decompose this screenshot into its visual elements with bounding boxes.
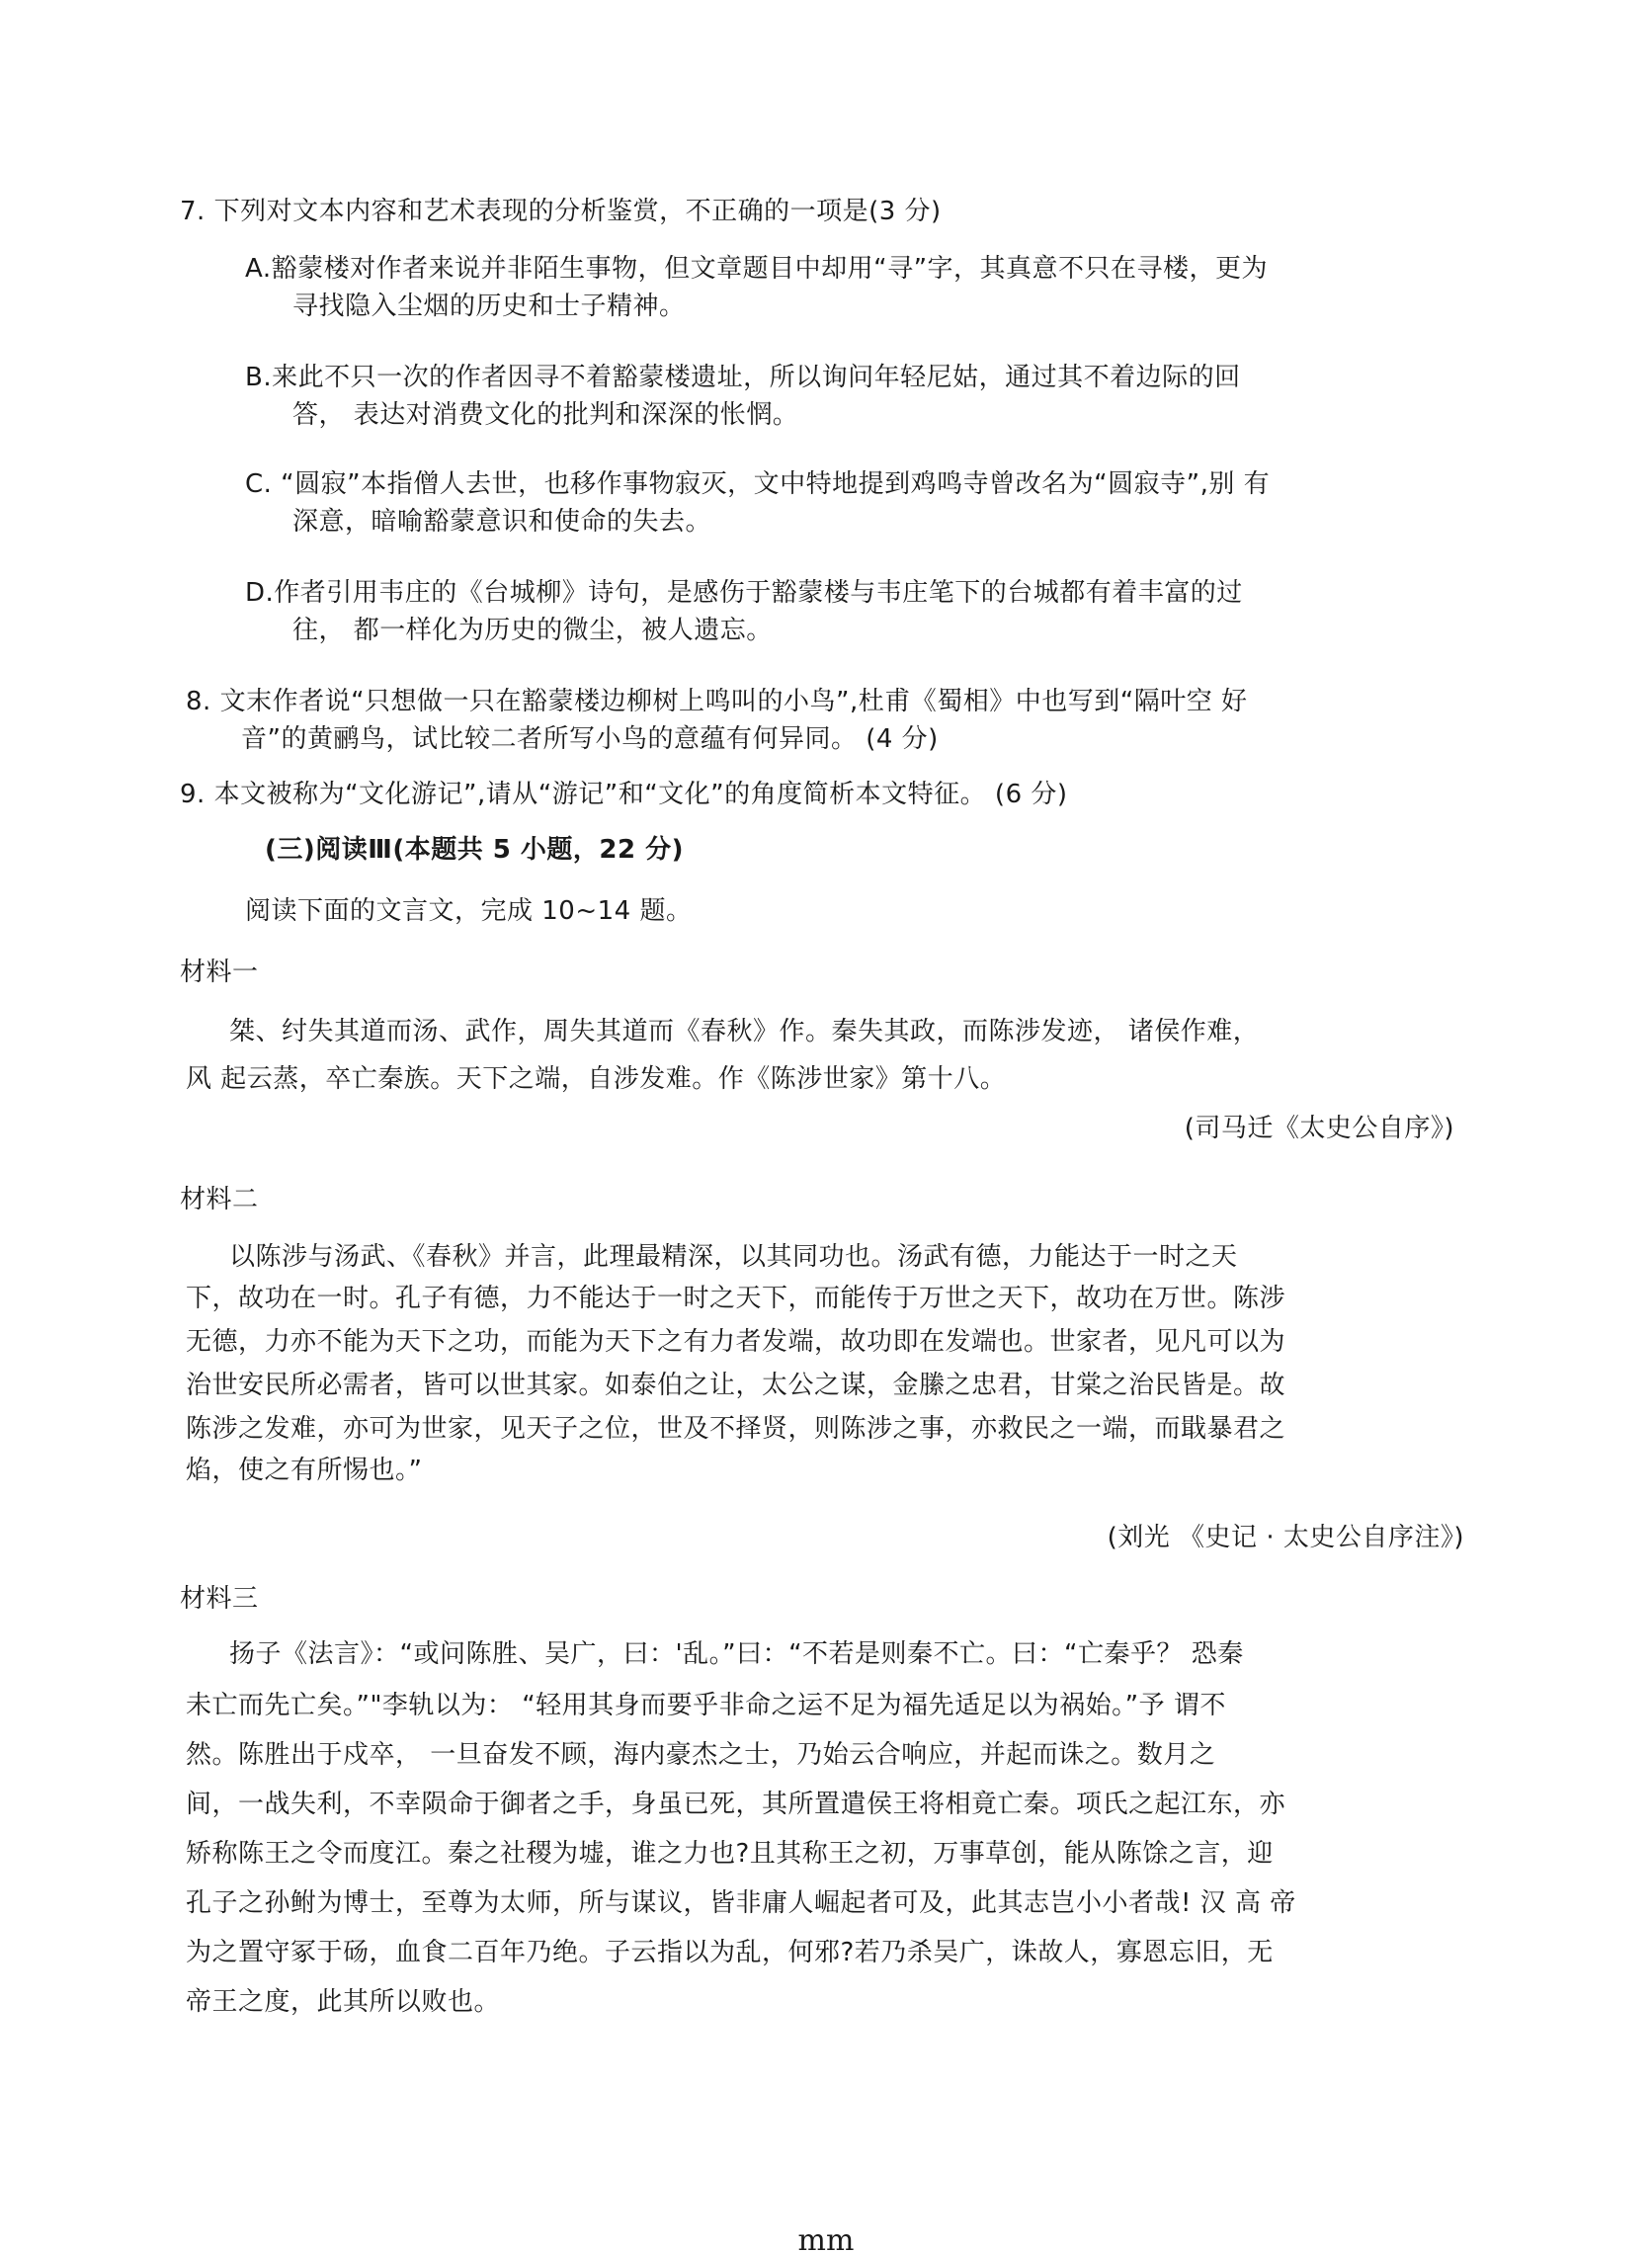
question-7-option-b-cont: 答， 表达对消费文化的批判和深深的怅惘。 — [292, 397, 798, 433]
question-8-stem: 8. 文末作者说“只想做一只在豁蒙楼边柳树上鸣叫的小鸟”,杜甫《蜀相》中也写到“… — [186, 684, 1248, 719]
material-1-line: 桀、纣失其道而汤、武作，周失其道而《春秋》作。秦失其政，而陈涉发迹， 诸侯作难， — [229, 1014, 1259, 1049]
material-3-line: 帝王之度，此其所以败也。 — [186, 1984, 500, 2020]
section-instruction: 阅读下面的文言文，完成 10~14 题。 — [245, 893, 692, 929]
question-7-option-a-cont: 寻找隐入尘烟的历史和士子精神。 — [292, 289, 686, 324]
material-3-title: 材料三 — [180, 1581, 259, 1617]
question-7-stem: 7. 下列对文本内容和艺术表现的分析鉴赏，不正确的一项是(3 分) — [180, 194, 942, 229]
material-1-source: (司马迁《太史公自序》) — [1185, 1111, 1454, 1146]
material-3-line: 间，一战失利，不幸陨命于御者之手，身虽已死，其所置遣侯王将相竟亡秦。项氏之起江东… — [186, 1787, 1285, 1822]
material-3-line: 为之置守冢于砀，血食二百年乃绝。子云指以为乱，何邪?若乃杀吴广，诛故人，寡恩忘旧… — [186, 1935, 1274, 1970]
material-2-line: 以陈涉与汤武、《春秋》并言，此理最精深，以其同功也。汤武有德，力能达于一时之天 — [229, 1239, 1238, 1275]
material-2-title: 材料二 — [180, 1182, 259, 1217]
question-9-stem: 9. 本文被称为“文化游记”,请从“游记”和“文化”的角度简析本文特征。 (6 … — [180, 777, 1068, 812]
material-3-line: 未亡而先亡矣。”"李轨以为： “轻用其身而要乎非命之运不足为福先适足以为祸始。”… — [186, 1688, 1226, 1723]
material-2-line: 下，故功在一时。孔子有德，力不能达于一时之天下，而能传于万世之天下，故功在万世。… — [186, 1281, 1285, 1316]
material-1-title: 材料一 — [180, 955, 259, 990]
question-7-option-d-cont: 往， 都一样化为历史的微尘，被人遗忘。 — [292, 613, 773, 648]
material-2-line: 无德，力亦不能为天下之功，而能为天下之有力者发端，故功即在发端也。世家者，见凡可… — [186, 1324, 1285, 1360]
section-heading: (三)阅读Ⅲ(本题共 5 小题，22 分) — [265, 832, 684, 868]
material-2-source: (刘光 《史记 · 太史公自序注》) — [1108, 1520, 1464, 1555]
question-7-option-c: C. “圆寂”本指僧人去世，也移作事物寂灭，文中特地提到鸡鸣寺曾改名为“圆寂寺”… — [245, 466, 1270, 502]
question-7-option-b: B.来此不只一次的作者因寻不着豁蒙楼遗址，所以询问年轻尼姑，通过其不着边际的回 — [245, 360, 1241, 395]
material-3-line: 矫称陈王之令而度江。秦之社稷为墟，谁之力也?且其称王之初，万事草创，能从陈馀之言… — [186, 1836, 1274, 1872]
material-3-line: 孔子之孙鲋为博士，至尊为太师，所与谋议，皆非庸人崛起者可及，此其志岂小小者哉! … — [186, 1885, 1296, 1921]
material-1-line: 风 起云蒸，卒亡秦族。天下之端，自涉发难。作《陈涉世家》第十八。 — [186, 1061, 1006, 1097]
page-footer: mm — [0, 2223, 1652, 2253]
material-2-line: 陈涉之发难，亦可为世家，见天子之位，世及不择贤，则陈涉之事，亦救民之一端，而戢暴… — [186, 1411, 1285, 1447]
question-7-option-c-cont: 深意，暗喻豁蒙意识和使命的失去。 — [292, 504, 711, 540]
material-2-line: 焰，使之有所惕也。” — [186, 1453, 422, 1488]
question-8-stem-cont: 音”的黄鹂鸟，试比较二者所写小鸟的意蕴有何异同。 (4 分) — [241, 721, 939, 757]
question-7-option-d: D.作者引用韦庄的《台城柳》诗句，是感伤于豁蒙楼与韦庄笔下的台城都有着丰富的过 — [245, 575, 1243, 611]
material-3-line: 扬子《法言》：“或问陈胜、吴广，曰：'乱。”曰：“不若是则秦不亡。曰：“亡秦乎？… — [229, 1636, 1244, 1672]
material-2-line: 治世安民所必需者，皆可以世其家。如泰伯之让，太公之谋，金縢之忠君，甘棠之治民皆是… — [186, 1368, 1285, 1403]
question-7-option-a: A.豁蒙楼对作者来说并非陌生事物，但文章题目中却用“寻”字，其真意不只在寻楼，更… — [245, 251, 1268, 287]
material-3-line: 然。陈胜出于戍卒， 一旦奋发不顾，海内豪杰之士，乃始云合响应，并起而诛之。数月之 — [186, 1737, 1215, 1773]
